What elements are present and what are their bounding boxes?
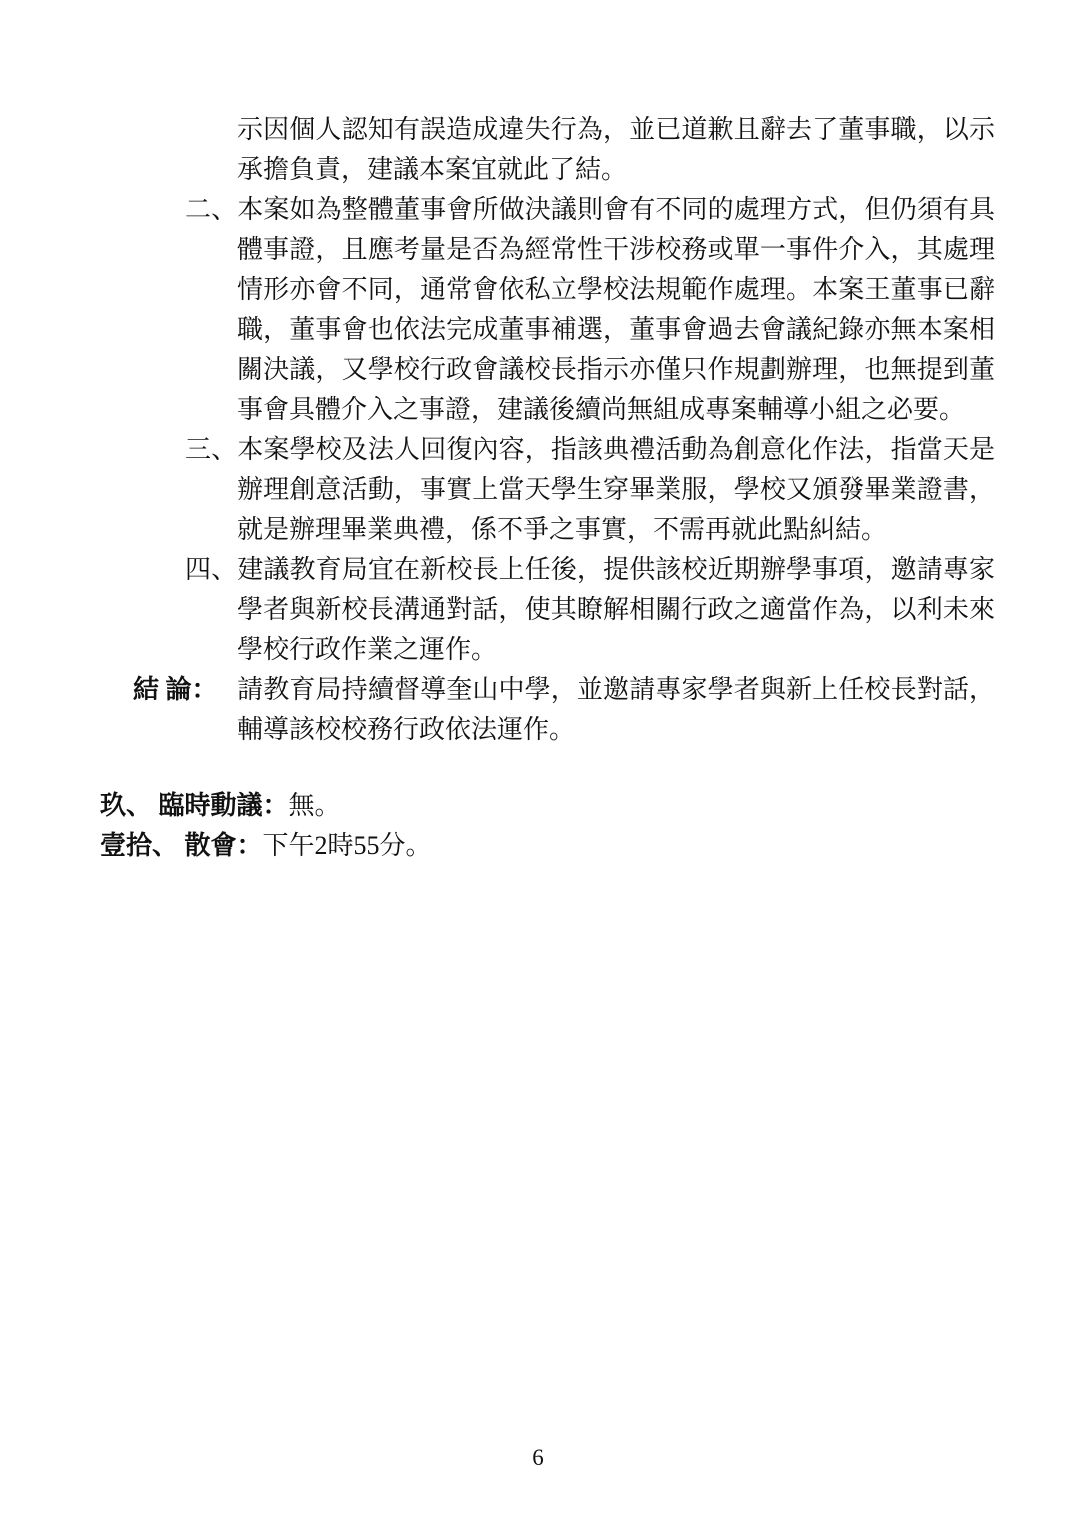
conclusion-text: 請教育局持續督導奎山中學，並邀請專家學者與新上任校長對話，輔導該校校務行政依法運… bbox=[237, 675, 995, 744]
extempore-motion-line: 玖、 臨時動議：無。 bbox=[100, 786, 1076, 826]
list-item-3-marker: 三、 bbox=[185, 435, 237, 464]
conclusion-label: 結 論： bbox=[133, 670, 237, 710]
list-item-2-text: 本案如為整體董事會所做決議則會有不同的處理方式，但仍須有具體事證，且應考量是否為… bbox=[237, 195, 995, 424]
adjournment-value: 下午2時55分。 bbox=[263, 831, 432, 860]
document-body: 示因個人認知有誤造成違失行為，並已道歉且辭去了董事職，以示承擔負責，建議本案宜就… bbox=[0, 110, 1076, 866]
paragraph-continuation: 示因個人認知有誤造成違失行為，並已道歉且辭去了董事職，以示承擔負責，建議本案宜就… bbox=[237, 110, 995, 190]
list-item-4-marker: 四、 bbox=[185, 555, 237, 584]
list-item-4-text: 建議教育局宜在新校長上任後，提供該校近期辦學事項，邀請專家學者與新校長溝通對話，… bbox=[237, 555, 995, 664]
extempore-motion-value: 無。 bbox=[289, 791, 341, 820]
adjournment-label: 壹拾、 散會： bbox=[100, 831, 263, 860]
conclusion-paragraph: 結 論：請教育局持續督導奎山中學，並邀請專家學者與新上任校長對話，輔導該校校務行… bbox=[133, 670, 995, 750]
list-item-4: 四、建議教育局宜在新校長上任後，提供該校近期辦學事項，邀請專家學者與新校長溝通對… bbox=[185, 550, 995, 670]
list-item-2: 二、本案如為整體董事會所做決議則會有不同的處理方式，但仍須有具體事證，且應考量是… bbox=[185, 190, 995, 430]
adjournment-line: 壹拾、 散會：下午2時55分。 bbox=[100, 826, 1076, 866]
list-item-3: 三、本案學校及法人回復內容，指該典禮活動為創意化作法，指當天是辦理創意活動，事實… bbox=[185, 430, 995, 550]
list-item-3-text: 本案學校及法人回復內容，指該典禮活動為創意化作法，指當天是辦理創意活動，事實上當… bbox=[237, 435, 995, 544]
page-number: 6 bbox=[0, 1438, 1076, 1478]
document-page: 示因個人認知有誤造成違失行為，並已道歉且辭去了董事職，以示承擔負責，建議本案宜就… bbox=[0, 0, 1076, 1522]
list-item-2-marker: 二、 bbox=[185, 195, 237, 224]
extempore-motion-label: 玖、 臨時動議： bbox=[100, 791, 289, 820]
